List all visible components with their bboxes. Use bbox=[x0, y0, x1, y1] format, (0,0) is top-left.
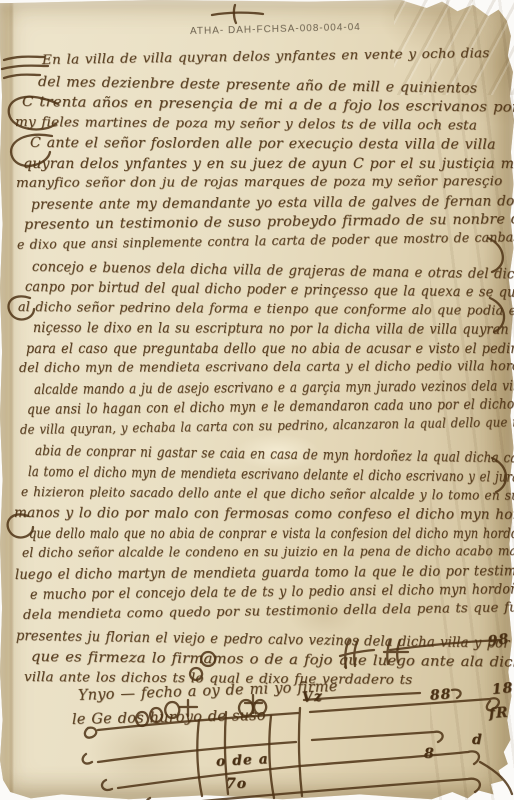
manuscript-photo: ATHA- DAH-FCHSA-008-004-04 bbox=[0, 0, 514, 800]
manuscript-line: del dicho myn de mendieta escrivano dela… bbox=[19, 359, 514, 376]
rubric-mark: 7o bbox=[226, 776, 247, 792]
rubric-mark: 98 bbox=[487, 631, 511, 650]
manuscript-line: para el caso que preguntaba dello que no… bbox=[26, 341, 514, 357]
manuscript-line: presente ante my demandante yo esta vill… bbox=[31, 193, 514, 213]
manuscript-line: my fieles martines de poza my señor y de… bbox=[15, 115, 477, 134]
rubric-mark: fR bbox=[488, 705, 509, 722]
rubric-mark: o de a bbox=[216, 751, 270, 770]
manuscript-line: niçesso le dixo en la su escriptura no p… bbox=[33, 320, 509, 338]
manuscript-line: C ante el señor foslorden alle por execu… bbox=[30, 135, 496, 153]
manuscript-line: luego el dicho martyn de mendieta guarda… bbox=[15, 563, 514, 583]
manuscript-line: manos y lo dio por malo con fermosas com… bbox=[14, 505, 514, 523]
manuscript-line: el dicho señor alcalde le condeno en su … bbox=[22, 544, 514, 561]
rubric-mark: 8 bbox=[424, 746, 435, 762]
rubric-mark: 18 bbox=[491, 680, 514, 698]
rubric-mark: 88 bbox=[429, 687, 452, 704]
manuscript-line: manyfico señor don ju de rojas marques d… bbox=[16, 174, 503, 191]
manuscript-line: alcalde mando a ju de asejo escrivano e … bbox=[34, 378, 514, 398]
manuscript-line: que dello malo que no abia de conprar e … bbox=[29, 526, 514, 542]
rubric-mark: d bbox=[472, 732, 483, 748]
rubric-mark: Vz bbox=[301, 689, 323, 706]
manuscript-line: quyran delos ynfantes y en su juez de ay… bbox=[23, 156, 514, 172]
